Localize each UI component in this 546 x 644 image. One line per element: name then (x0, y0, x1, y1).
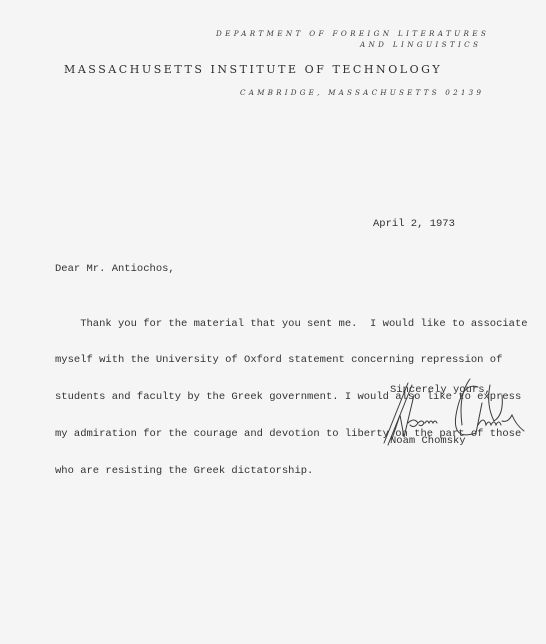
signer-name: Noam Chomsky (390, 435, 466, 447)
department-line-2: AND LINGUISTICS (360, 40, 481, 49)
institution-address: CAMBRIDGE, MASSACHUSETTS 02139 (240, 88, 484, 97)
body-line: myself with the University of Oxford sta… (55, 354, 528, 366)
salutation: Dear Mr. Antiochos, (55, 263, 175, 275)
body-line: Thank you for the material that you sent… (55, 318, 528, 330)
body-line: who are resisting the Greek dictatorship… (55, 465, 528, 477)
letter-date: April 2, 1973 (373, 218, 455, 230)
department-line-1: DEPARTMENT OF FOREIGN LITERATURES (216, 29, 489, 38)
letter-page: DEPARTMENT OF FOREIGN LITERATURES AND LI… (0, 0, 546, 644)
institution-name: MASSACHUSETTS INSTITUTE OF TECHNOLOGY (64, 63, 442, 76)
